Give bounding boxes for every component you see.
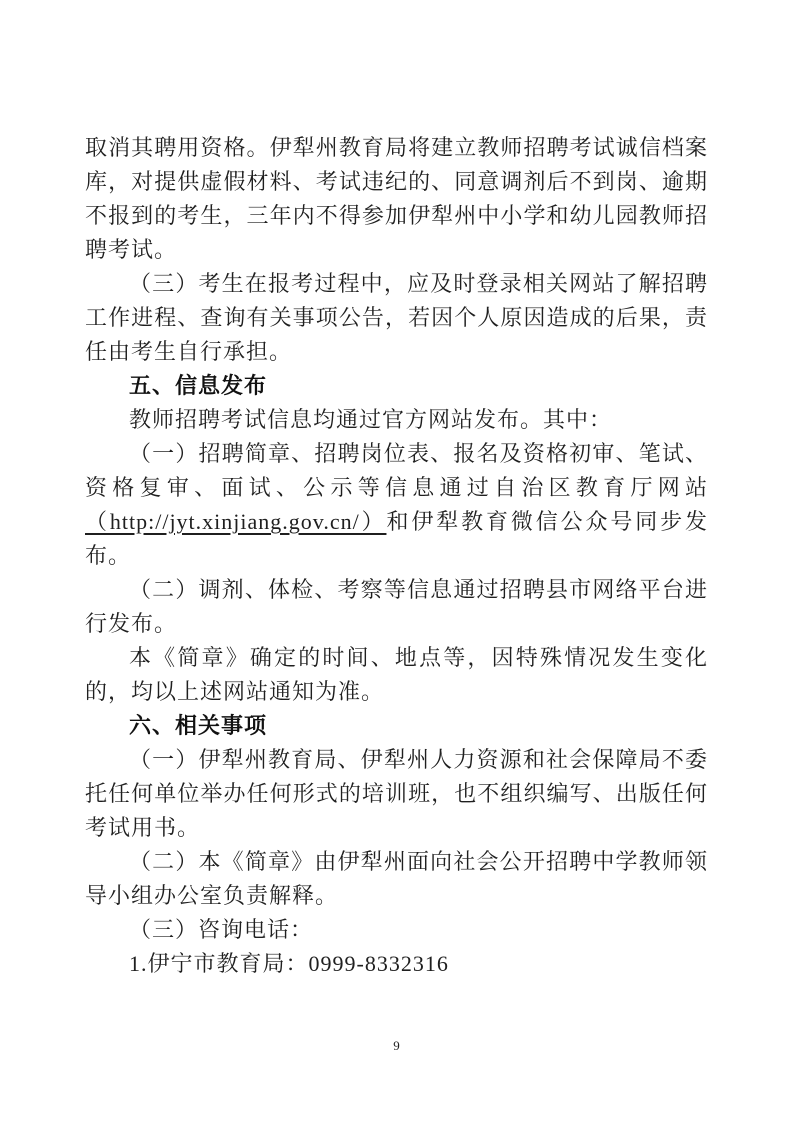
heading-section-six-related-matters: 六、相关事项 xyxy=(85,709,708,743)
document-body: 取消其聘用资格。伊犁州教育局将建立教师招聘考试诚信档案库，对提供虚假材料、考试违… xyxy=(85,131,708,981)
paragraph-phone-yining-education-bureau: 1.伊宁市教育局：0999-8332316 xyxy=(85,947,708,981)
paragraph-changes-notice: 本《简章》确定的时间、地点等，因特殊情况发生变化的，均以上述网站通知为准。 xyxy=(85,641,708,709)
paragraph-info-release-intro: 教师招聘考试信息均通过官方网站发布。其中： xyxy=(85,403,708,437)
document-page: 取消其聘用资格。伊犁州教育局将建立教师招聘考试诚信档案库，对提供虚假材料、考试违… xyxy=(0,0,793,1122)
paragraph-item1-no-training-classes: （一）伊犁州教育局、伊犁州人力资源和社会保障局不委托任何单位举办任何形式的培训班… xyxy=(85,743,708,845)
education-department-url-link[interactable]: （http://jyt.xinjiang.gov.cn/） xyxy=(85,509,386,534)
paragraph-credit-file: 取消其聘用资格。伊犁州教育局将建立教师招聘考试诚信档案库，对提供虚假材料、考试违… xyxy=(85,131,708,267)
paragraph-item3-consultation-phone: （三）咨询电话： xyxy=(85,913,708,947)
page-number: 9 xyxy=(0,1038,793,1054)
paragraph-item3-responsibility: （三）考生在报考过程中，应及时登录相关网站了解招聘工作进程、查询有关事项公告，若… xyxy=(85,267,708,369)
paragraph-item1-before-url: （一）招聘简章、招聘岗位表、报名及资格初审、笔试、资格复审、面试、公示等信息通过… xyxy=(85,441,708,500)
heading-section-five-info-release: 五、信息发布 xyxy=(85,369,708,403)
paragraph-item2-county-platform: （二）调剂、体检、考察等信息通过招聘县市网络平台进行发布。 xyxy=(85,573,708,641)
paragraph-item1-official-website: （一）招聘简章、招聘岗位表、报名及资格初审、笔试、资格复审、面试、公示等信息通过… xyxy=(85,437,708,573)
paragraph-item2-interpretation-office: （二）本《简章》由伊犁州面向社会公开招聘中学教师领导小组办公室负责解释。 xyxy=(85,845,708,913)
